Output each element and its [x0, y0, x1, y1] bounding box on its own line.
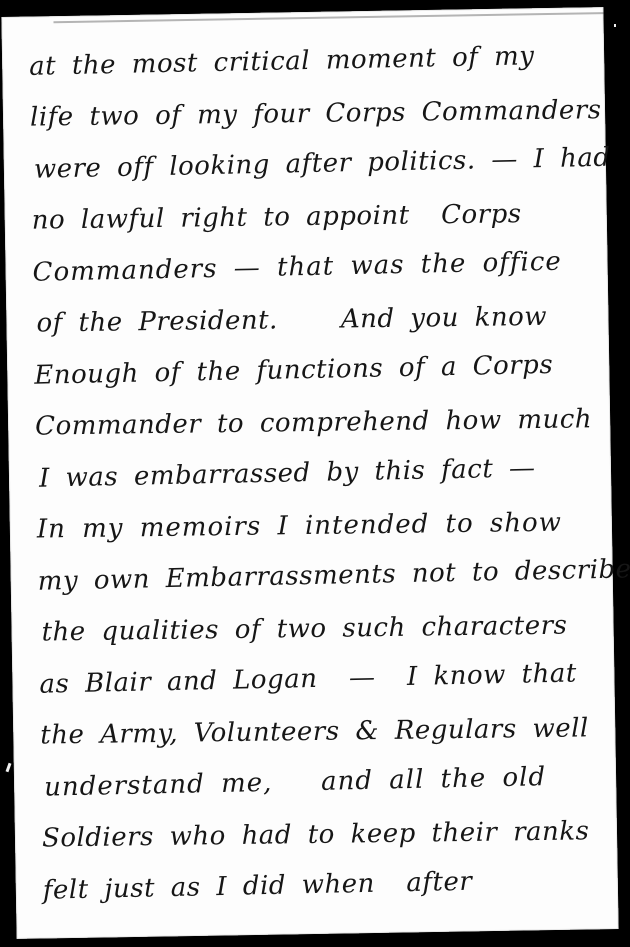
manuscript-line: understand me, and all the old — [41, 751, 603, 814]
scan-artifact-speck — [614, 24, 616, 27]
manuscript-line: as Blair and Logan — I know that — [39, 648, 601, 711]
manuscript-line: I was embarrassed by this fact — — [36, 442, 598, 505]
manuscript-line: Commanders — that was the office — [32, 236, 594, 299]
manuscript-line: Enough of the functions of a Corps — [34, 339, 596, 402]
handwritten-text-block: at the most critical moment of my life t… — [29, 31, 604, 916]
manuscript-page: at the most critical moment of my life t… — [1, 7, 618, 939]
scan-background: at the most critical moment of my life t… — [0, 0, 630, 947]
scan-artifact-speck — [6, 763, 12, 772]
manuscript-line: at the most critical moment of my — [29, 30, 591, 93]
manuscript-line: my own Embarrassments not to describe — [37, 545, 599, 608]
manuscript-line: felt just as I did when after — [42, 854, 604, 917]
manuscript-line: were off looking after politics. — I had — [30, 133, 592, 196]
